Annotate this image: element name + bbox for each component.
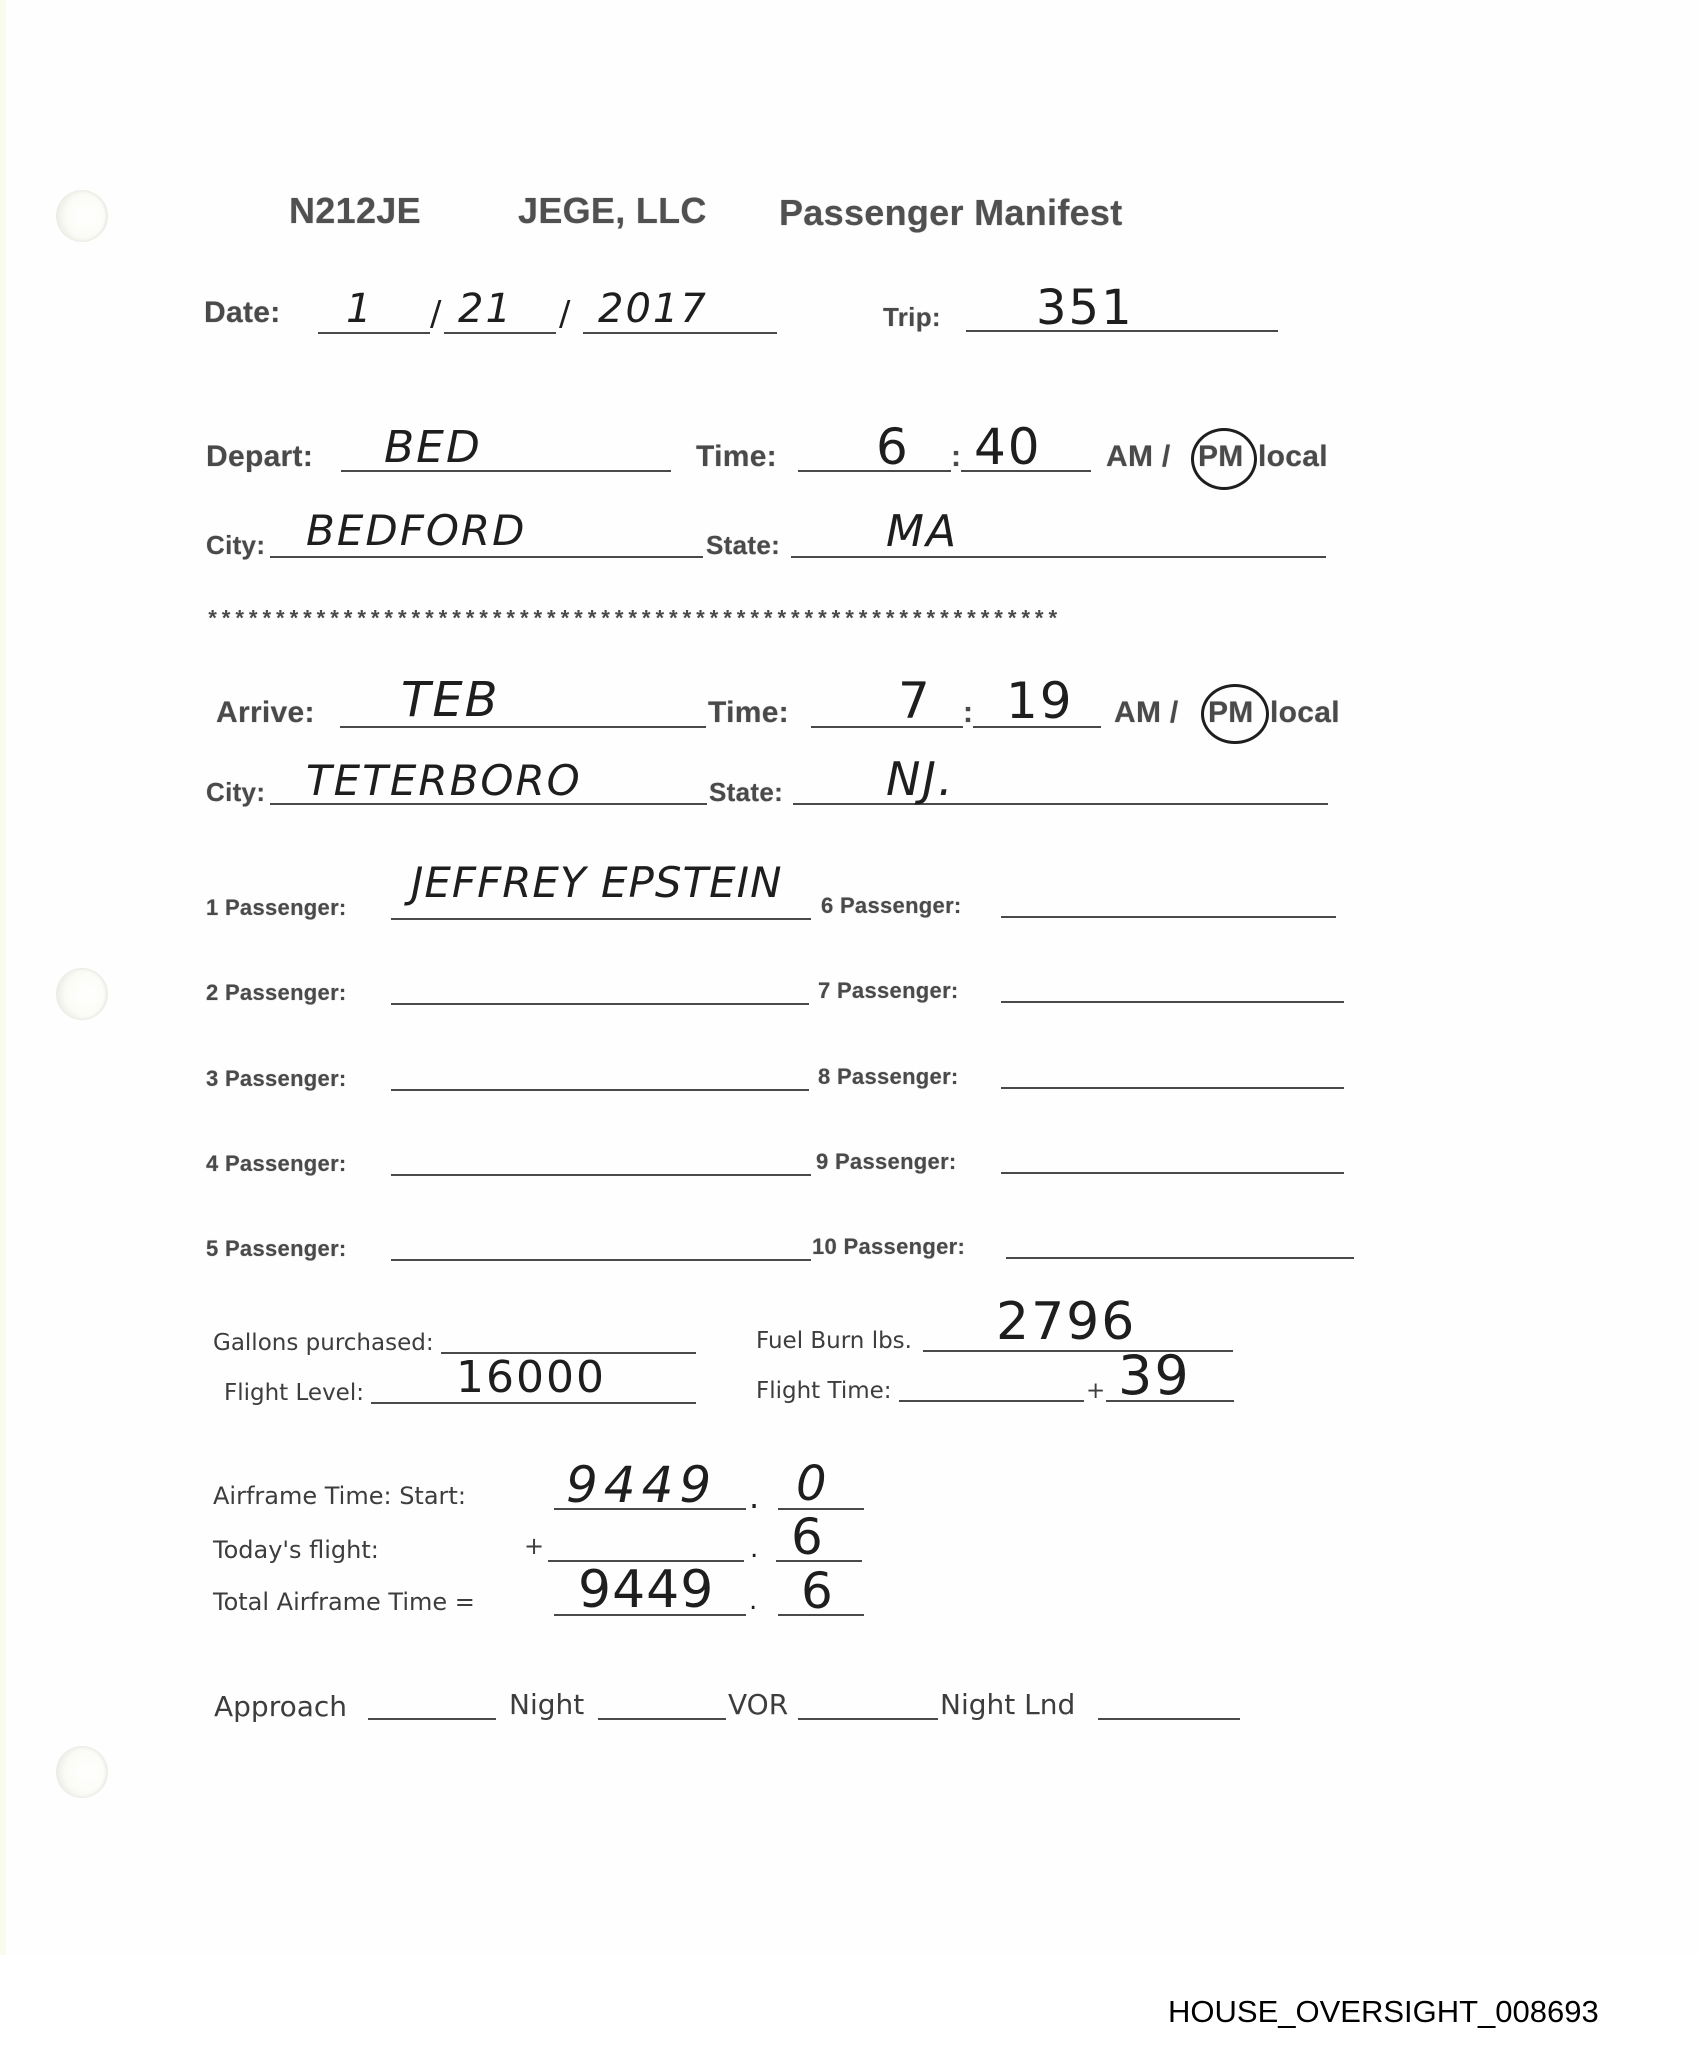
- depart-local-label: local: [1258, 440, 1328, 474]
- total-airframe-label: Total Airframe Time =: [213, 1588, 475, 1616]
- depart-state-label: State:: [706, 530, 780, 561]
- depart-time-colon: :: [951, 440, 961, 474]
- depart-hour-value: 6: [876, 418, 910, 476]
- fuel-burn-label: Fuel Burn lbs.: [756, 1328, 912, 1354]
- arrive-hour-value: 7: [898, 672, 932, 730]
- vor-label: VOR: [728, 1688, 788, 1721]
- passenger-3-field[interactable]: [391, 1089, 809, 1091]
- passenger-1-field[interactable]: [391, 918, 811, 920]
- page-title: Passenger Manifest: [779, 192, 1123, 234]
- date-year-value: 2017: [598, 286, 708, 332]
- passenger-1-value: JEFFREY EPSTEIN: [411, 858, 783, 907]
- passenger-10-field[interactable]: [1006, 1257, 1354, 1259]
- bates-number: HOUSE_OVERSIGHT_008693: [1168, 1994, 1599, 2030]
- passenger-6-label: 6 Passenger:: [821, 893, 962, 919]
- arrive-state-field[interactable]: [793, 803, 1328, 805]
- arrive-airport-field[interactable]: [340, 726, 706, 728]
- passenger-2-label: 2 Passenger:: [206, 980, 347, 1006]
- passenger-4-label: 4 Passenger:: [206, 1151, 347, 1177]
- arrive-state-value: NJ.: [886, 752, 955, 806]
- depart-airport-value: BED: [384, 422, 482, 473]
- arrive-airport-value: TEB: [401, 672, 500, 728]
- night-landing-field[interactable]: [1098, 1718, 1240, 1720]
- date-month-field[interactable]: [318, 332, 430, 334]
- arrive-local-label: local: [1270, 696, 1340, 730]
- airframe-start-label: Airframe Time: Start:: [213, 1482, 466, 1510]
- binder-hole-icon: [56, 190, 108, 242]
- depart-city-field[interactable]: [270, 556, 703, 558]
- section-divider: ****************************************…: [206, 608, 1060, 633]
- night-field[interactable]: [598, 1718, 726, 1720]
- date-year-field[interactable]: [583, 332, 777, 334]
- night-label: Night: [509, 1688, 584, 1721]
- arrive-label: Arrive:: [216, 696, 315, 730]
- airframe-start-whole-value: 9449: [566, 1456, 717, 1514]
- approach-field[interactable]: [368, 1718, 496, 1720]
- header-company: JEGE, LLC: [518, 190, 707, 232]
- depart-state-field[interactable]: [791, 556, 1326, 558]
- total-airframe-tenth-value: 6: [801, 1562, 835, 1620]
- flight-level-value: 16000: [456, 1352, 606, 1403]
- vor-field[interactable]: [798, 1718, 938, 1720]
- date-separator: /: [559, 294, 572, 334]
- passenger-8-field[interactable]: [1001, 1087, 1344, 1089]
- passenger-5-field[interactable]: [391, 1259, 811, 1261]
- flight-time-plus: +: [1086, 1378, 1105, 1404]
- date-day-field[interactable]: [444, 332, 556, 334]
- todays-flight-label: Today's flight:: [213, 1536, 379, 1564]
- todays-flight-tenth-value: 6: [791, 1508, 825, 1566]
- passenger-9-label: 9 Passenger:: [816, 1149, 957, 1175]
- gallons-label: Gallons purchased:: [213, 1330, 434, 1356]
- depart-time-label: Time:: [696, 440, 777, 474]
- depart-label: Depart:: [206, 440, 313, 474]
- date-day-value: 21: [458, 286, 513, 332]
- arrive-state-label: State:: [709, 777, 783, 808]
- fuel-burn-value: 2796: [996, 1292, 1136, 1352]
- passenger-1-label: 1 Passenger:: [206, 895, 347, 921]
- airframe-start-tenth-value: 0: [796, 1456, 829, 1512]
- header-tail-number: N212JE: [289, 190, 421, 232]
- date-month-value: 1: [346, 286, 373, 332]
- arrive-am-option[interactable]: AM /: [1114, 696, 1179, 730]
- passenger-3-label: 3 Passenger:: [206, 1066, 347, 1092]
- flight-time-hours-field[interactable]: [899, 1400, 1084, 1402]
- passenger-6-field[interactable]: [1001, 916, 1336, 918]
- total-airframe-whole-value: 9449: [578, 1560, 714, 1620]
- approach-label: Approach: [214, 1690, 347, 1723]
- depart-pm-selected-circle-icon: [1191, 428, 1257, 490]
- depart-am-option[interactable]: AM /: [1106, 440, 1171, 474]
- passenger-5-label: 5 Passenger:: [206, 1236, 347, 1262]
- manifest-page: N212JE JEGE, LLC Passenger Manifest Date…: [0, 0, 1700, 1955]
- arrive-minute-value: 19: [1006, 672, 1074, 730]
- binder-hole-icon: [56, 1746, 108, 1798]
- airframe-start-dot: .: [749, 1478, 759, 1516]
- trip-value: 351: [1036, 280, 1134, 336]
- depart-hour-field[interactable]: [798, 470, 951, 472]
- flight-time-label: Flight Time:: [756, 1378, 892, 1404]
- arrive-city-value: TETERBORO: [306, 756, 582, 805]
- night-landing-label: Night Lnd: [940, 1688, 1075, 1721]
- passenger-10-label: 10 Passenger:: [812, 1234, 965, 1260]
- arrive-city-label: City:: [206, 777, 265, 808]
- depart-city-label: City:: [206, 530, 265, 561]
- depart-minute-value: 40: [974, 418, 1042, 476]
- todays-flight-plus: +: [524, 1532, 544, 1560]
- passenger-8-label: 8 Passenger:: [818, 1064, 959, 1090]
- depart-city-value: BEDFORD: [306, 506, 526, 555]
- flight-level-label: Flight Level:: [224, 1380, 364, 1406]
- passenger-2-field[interactable]: [391, 1003, 809, 1005]
- date-separator: /: [430, 294, 443, 334]
- passenger-4-field[interactable]: [391, 1174, 811, 1176]
- passenger-9-field[interactable]: [1001, 1172, 1344, 1174]
- total-airframe-dot: .: [749, 1586, 757, 1616]
- arrive-time-label: Time:: [708, 696, 789, 730]
- binder-hole-icon: [56, 968, 108, 1020]
- arrive-hour-field[interactable]: [811, 726, 963, 728]
- passenger-7-label: 7 Passenger:: [818, 978, 959, 1004]
- passenger-7-field[interactable]: [1001, 1001, 1344, 1003]
- flight-time-minutes-value: 39: [1118, 1344, 1191, 1407]
- depart-state-value: MA: [886, 506, 958, 557]
- trip-label: Trip:: [883, 302, 941, 333]
- todays-flight-dot: .: [750, 1534, 758, 1564]
- arrive-time-colon: :: [963, 696, 973, 730]
- date-label: Date:: [204, 296, 281, 330]
- arrive-pm-selected-circle-icon: [1201, 684, 1269, 744]
